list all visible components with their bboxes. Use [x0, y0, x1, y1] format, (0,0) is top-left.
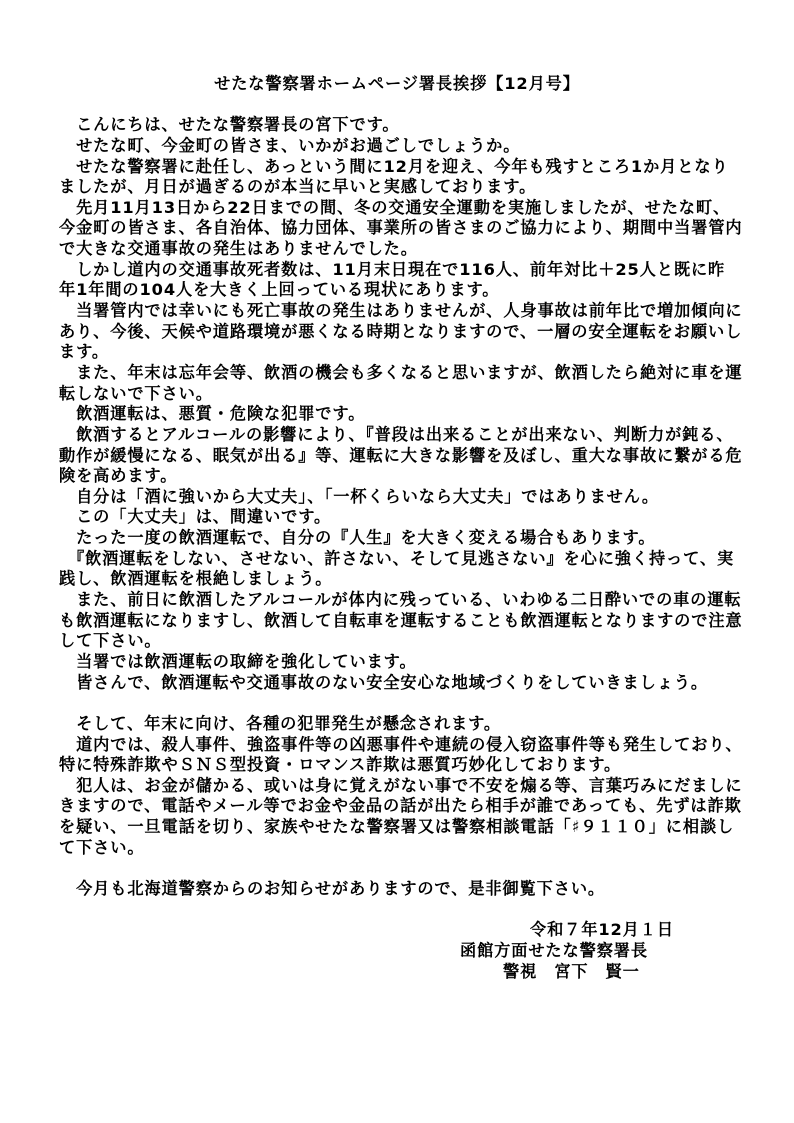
text-line: も飲酒運転になりますし、飲酒して自転車を運転することも飲酒運転となりますので注意 — [59, 611, 735, 632]
text-line: たった一度の飲酒運転で、自分の『人生』を大きく変える場合もあります。 — [59, 528, 735, 549]
text-line: 犯人は、お金が儲かる、或いは身に覚えがない事で不安を煽る等、言葉巧みにだましに — [59, 776, 735, 797]
document-body: こんにちは、せたな警察署長の宮下です。 せたな町、今金町の皆さま、いかがお過ごし… — [59, 115, 735, 920]
text-line: ましたが、月日が過ぎるのが本当に早いと実感しております。 — [59, 177, 735, 198]
text-line: ます。 — [59, 342, 735, 363]
text-line — [59, 693, 735, 714]
text-line: 動作が緩慢になる、眠気が出る』等、運転に大きな影響を及ぼし、重大な事故に繋がる危 — [59, 446, 735, 467]
text-line: 皆さんで、飲酒運転や交通事故のない安全安心な地域づくりをしていきましょう。 — [59, 673, 735, 694]
text-line: して下さい。 — [59, 631, 735, 652]
text-line: で大きな交通事故の発生はありませんでした。 — [59, 239, 735, 260]
text-line: きますので、電話やメール等でお金や金品の話が出たら相手が誰であっても、先ずは詐欺 — [59, 796, 735, 817]
text-line: そして、年末に向け、各種の犯罪発生が懸念されます。 — [59, 714, 735, 735]
text-line: 険を高めます。 — [59, 466, 735, 487]
text-line: 特に特殊詐欺やＳＮＳ型投資・ロマンス詐欺は悪質巧妙化しております。 — [59, 755, 735, 776]
text-line: せたな町、今金町の皆さま、いかがお過ごしでしょうか。 — [59, 136, 735, 157]
text-line: を疑い、一旦電話を切り、家族やせたな警察署又は警察相談電話「♯９１１０」に相談し — [59, 817, 735, 838]
document-content: せたな警察署ホームページ署長挨拶【12月号】 こんにちは、せたな警察署長の宮下で… — [59, 74, 735, 982]
text-line: 今月も北海道警察からのお知らせがありますので、是非御覧下さい。 — [59, 879, 735, 900]
text-line: て下さい。 — [59, 838, 735, 859]
document-title: せたな警察署ホームページ署長挨拶【12月号】 — [59, 74, 735, 95]
text-line: 今金町の皆さま、各自治体、協力団体、事業所の皆さまのご協力により、期間中当署管内 — [59, 218, 735, 239]
text-line — [59, 900, 735, 921]
text-line: 当署管内では幸いにも死亡事故の発生はありませんが、人身事故は前年比で増加傾向に — [59, 301, 735, 322]
text-line: 先月11月13日から22日までの間、冬の交通安全運動を実施しましたが、せたな町、 — [59, 198, 735, 219]
text-line: 践し、飲酒運転を根絶しましょう。 — [59, 569, 735, 590]
signature-office: 函館方面せたな警察署長 — [59, 941, 735, 962]
text-line: この「大丈夫」は、間違いです。 — [59, 507, 735, 528]
signature-block: 令和７年12月１日 函館方面せたな警察署長 警視 宮下 賢一 — [59, 920, 735, 982]
text-line: また、前日に飲酒したアルコールが体内に残っている、いわゆる二日酔いでの車の運転 — [59, 590, 735, 611]
text-line: せたな警察署に赴任し、あっという間に12月を迎え、今年も残すところ1か月となり — [59, 157, 735, 178]
signer-name: 警視 宮下 賢一 — [59, 962, 735, 983]
text-line: 『飲酒運転をしない、させない、許さない、そして見逃さない』を心に強く持って、実 — [59, 549, 735, 570]
text-line: また、年末は忘年会等、飲酒の機会も多くなると思いますが、飲酒したら絶対に車を運 — [59, 363, 735, 384]
text-line: あり、今後、天候や道路環境が悪くなる時期となりますので、一層の安全運転をお願いし — [59, 322, 735, 343]
text-line: 道内では、殺人事件、強盗事件等の凶悪事件や連続の侵入窃盗事件等も発生しており、 — [59, 735, 735, 756]
text-line: 転しないで下さい。 — [59, 384, 735, 405]
text-line: 飲酒するとアルコールの影響により、『普段は出来ることが出来ない、判断力が鈍る、 — [59, 425, 735, 446]
signature-date: 令和７年12月１日 — [59, 920, 735, 941]
text-line: 自分は「酒に強いから大丈夫」、「一杯くらいなら大丈夫」ではありません。 — [59, 487, 735, 508]
text-line — [59, 858, 735, 879]
document-page: せたな警察署ホームページ署長挨拶【12月号】 こんにちは、せたな警察署長の宮下で… — [0, 0, 794, 1123]
text-line: しかし道内の交通事故死者数は、11月末日現在で116人、前年対比＋25人と既に昨 — [59, 260, 735, 281]
text-line: 当署では飲酒運転の取締を強化しています。 — [59, 652, 735, 673]
text-line: 年1年間の104人を大きく上回っている現状にあります。 — [59, 280, 735, 301]
text-line: こんにちは、せたな警察署長の宮下です。 — [59, 115, 735, 136]
text-line: 飲酒運転は、悪質・危険な犯罪です。 — [59, 404, 735, 425]
